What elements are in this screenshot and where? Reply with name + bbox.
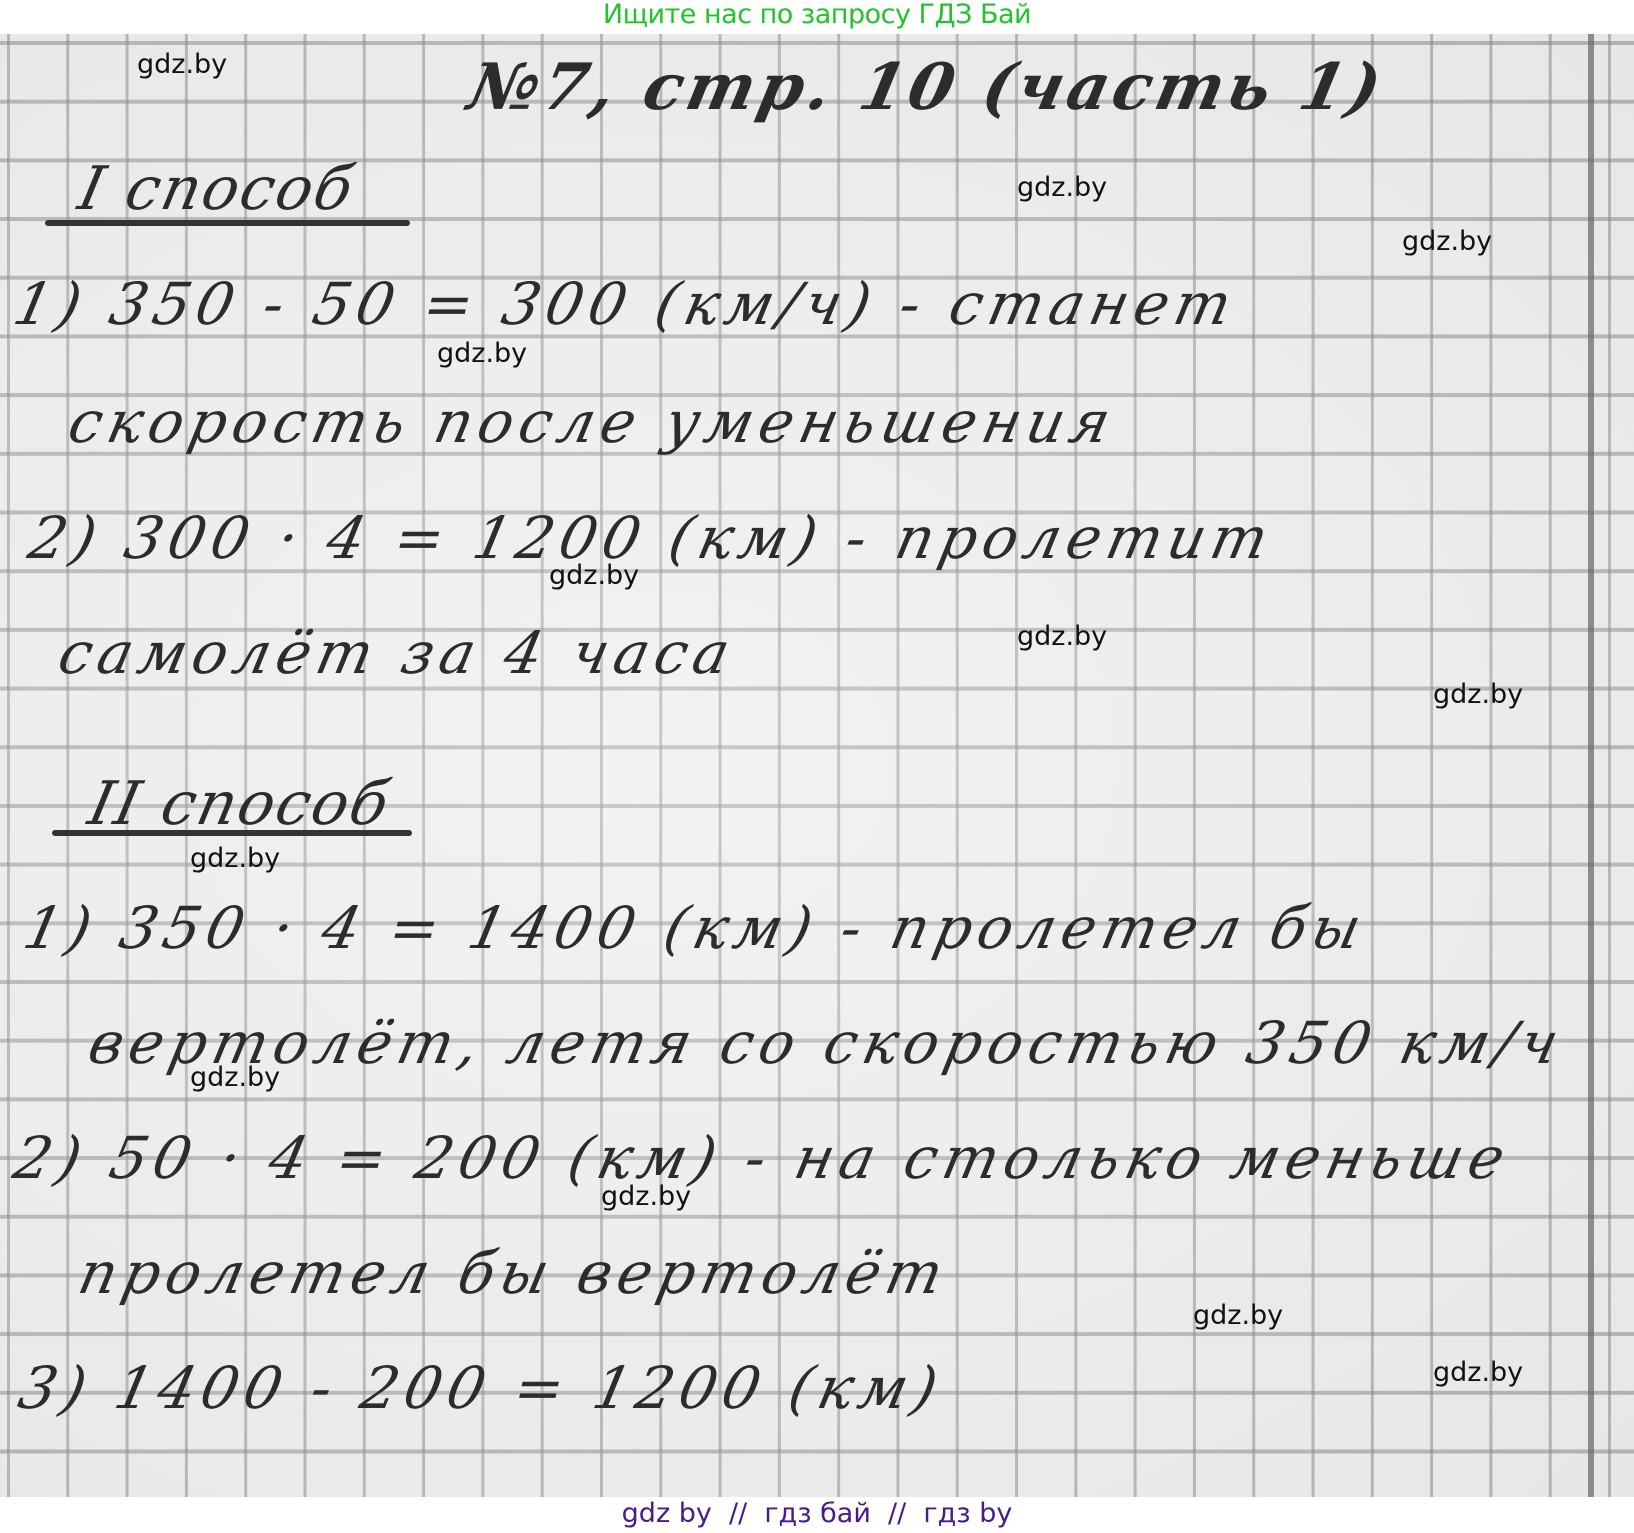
watermark: gdz.by: [1402, 226, 1492, 257]
method-2-line-5: 3) 1400 - 200 = 1200 (км): [13, 1354, 950, 1422]
margin-line: [1588, 34, 1594, 1497]
page-title: №7, стр. 10 (часть 1): [462, 50, 1391, 125]
method-2-line-4: пролетел бы вертолёт: [73, 1239, 955, 1307]
method-1-line-3: 2) 300 · 4 = 1200 (км) - пролетит: [23, 504, 1280, 572]
top-search-banner: Ищите нас по запросу ГДЗ Бай: [0, 0, 1634, 34]
method-2-line-1: 1) 350 · 4 = 1400 (км) - пролетел бы: [18, 894, 1373, 962]
watermark: gdz.by: [1193, 1300, 1283, 1331]
method-2-underline: [52, 830, 412, 836]
watermark: gdz.by: [1433, 679, 1523, 710]
method-1-line-4: самолёт за 4 часа: [53, 619, 742, 687]
watermark: gdz.by: [549, 560, 639, 591]
method-1-line-2: скорость после уменьшения: [63, 388, 1123, 456]
method-2-heading: II способ: [83, 769, 397, 839]
watermark: gdz.by: [1433, 1357, 1523, 1388]
watermark: gdz.by: [190, 1062, 280, 1093]
watermark: gdz.by: [1017, 172, 1107, 203]
bottom-site-banner: gdz by // гдз бай // гдз by: [0, 1497, 1634, 1533]
watermark: gdz.by: [190, 843, 280, 874]
method-2-line-3: 2) 50 · 4 = 200 (км) - на столько меньше: [8, 1124, 1517, 1192]
watermark: gdz.by: [1017, 621, 1107, 652]
method-2-line-2: вертолёт, летя со скоростью 350 км/ч: [83, 1009, 1571, 1077]
watermark: gdz.by: [601, 1181, 691, 1212]
watermark: gdz.by: [137, 49, 227, 80]
watermark: gdz.by: [437, 338, 527, 369]
method-1-line-1: 1) 350 - 50 = 300 (км/ч) - станет: [8, 270, 1244, 338]
method-1-heading: I способ: [73, 154, 361, 224]
method-1-underline: [45, 220, 410, 226]
notebook-page: №7, стр. 10 (часть 1) I способ 1) 350 - …: [0, 34, 1634, 1497]
